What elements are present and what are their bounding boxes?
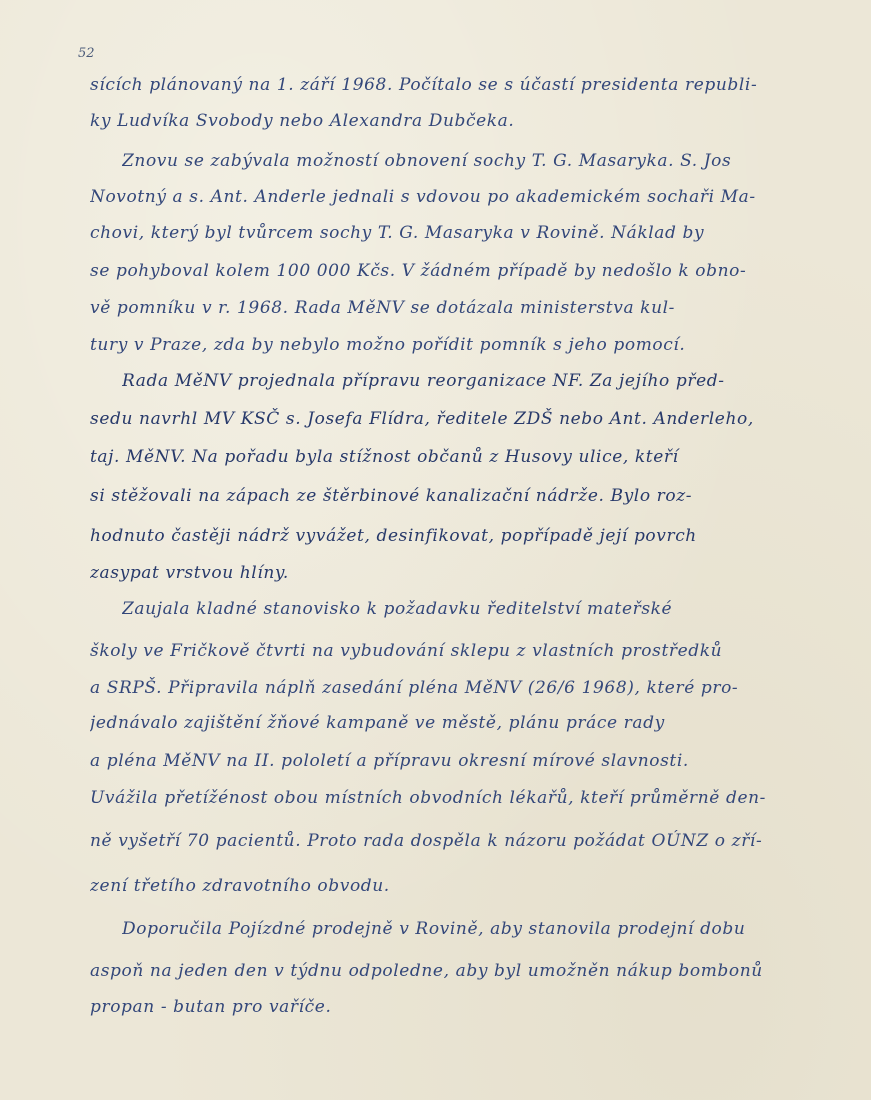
text-line-3: Znovu se zabývala možností obnovení soch… <box>122 150 802 172</box>
text-line-24: aspoň na jeden den v týdnu odpoledne, ab… <box>90 960 800 982</box>
text-line-21: ně vyšetří 70 pacientů. Proto rada dospě… <box>90 830 800 852</box>
text-line-16: školy ve Fričkově čtvrti na vybudování s… <box>90 640 800 662</box>
text-line-15: Zaujala kladné stanovisko k požadavku ře… <box>122 598 802 620</box>
text-line-8: tury v Praze, zda by nebylo možno pořídi… <box>90 334 800 356</box>
text-line-10: sedu navrhl MV KSČ s. Josefa Flídra, řed… <box>90 408 800 430</box>
text-line-13: hodnuto častěji nádrž vyvážet, desinfiko… <box>90 525 800 547</box>
text-line-20: Uvážila přetížénost obou místních obvodn… <box>90 787 800 809</box>
text-line-2: ky Ludvíka Svobody nebo Alexandra Dubček… <box>90 110 800 132</box>
text-line-14: zasypat vrstvou hlíny. <box>90 562 800 584</box>
text-line-7: vě pomníku v r. 1968. Rada MěNV se dotáz… <box>90 297 800 319</box>
text-line-17: a SRPŠ. Připravila náplň zasedání pléna … <box>90 677 800 699</box>
text-line-4: Novotný a s. Ant. Anderle jednali s vdov… <box>90 186 800 208</box>
text-line-18: jednávalo zajištění žňové kampaně ve měs… <box>90 712 800 734</box>
text-line-22: zení třetího zdravotního obvodu. <box>90 875 800 897</box>
text-line-9: Rada MěNV projednala přípravu reorganiza… <box>122 370 802 392</box>
text-line-12: si stěžovali na zápach ze štěrbinové kan… <box>90 485 800 507</box>
text-line-11: taj. MěNV. Na pořadu byla stížnost občan… <box>90 446 800 468</box>
text-line-23: Doporučila Pojízdné prodejně v Rovině, a… <box>122 918 802 940</box>
text-line-19: a pléna MěNV na II. pololetí a přípravu … <box>90 750 800 772</box>
text-line-6: se pohyboval kolem 100 000 Kčs. V žádném… <box>90 260 800 282</box>
chronicle-page: 52 sících plánovaný na 1. září 1968. Poč… <box>0 0 871 1100</box>
page-number: 52 <box>78 46 95 61</box>
text-line-1: sících plánovaný na 1. září 1968. Počíta… <box>90 74 800 96</box>
text-line-5: chovi, který byl tvůrcem sochy T. G. Mas… <box>90 222 800 244</box>
text-line-25: propan - butan pro vaříče. <box>90 996 800 1018</box>
